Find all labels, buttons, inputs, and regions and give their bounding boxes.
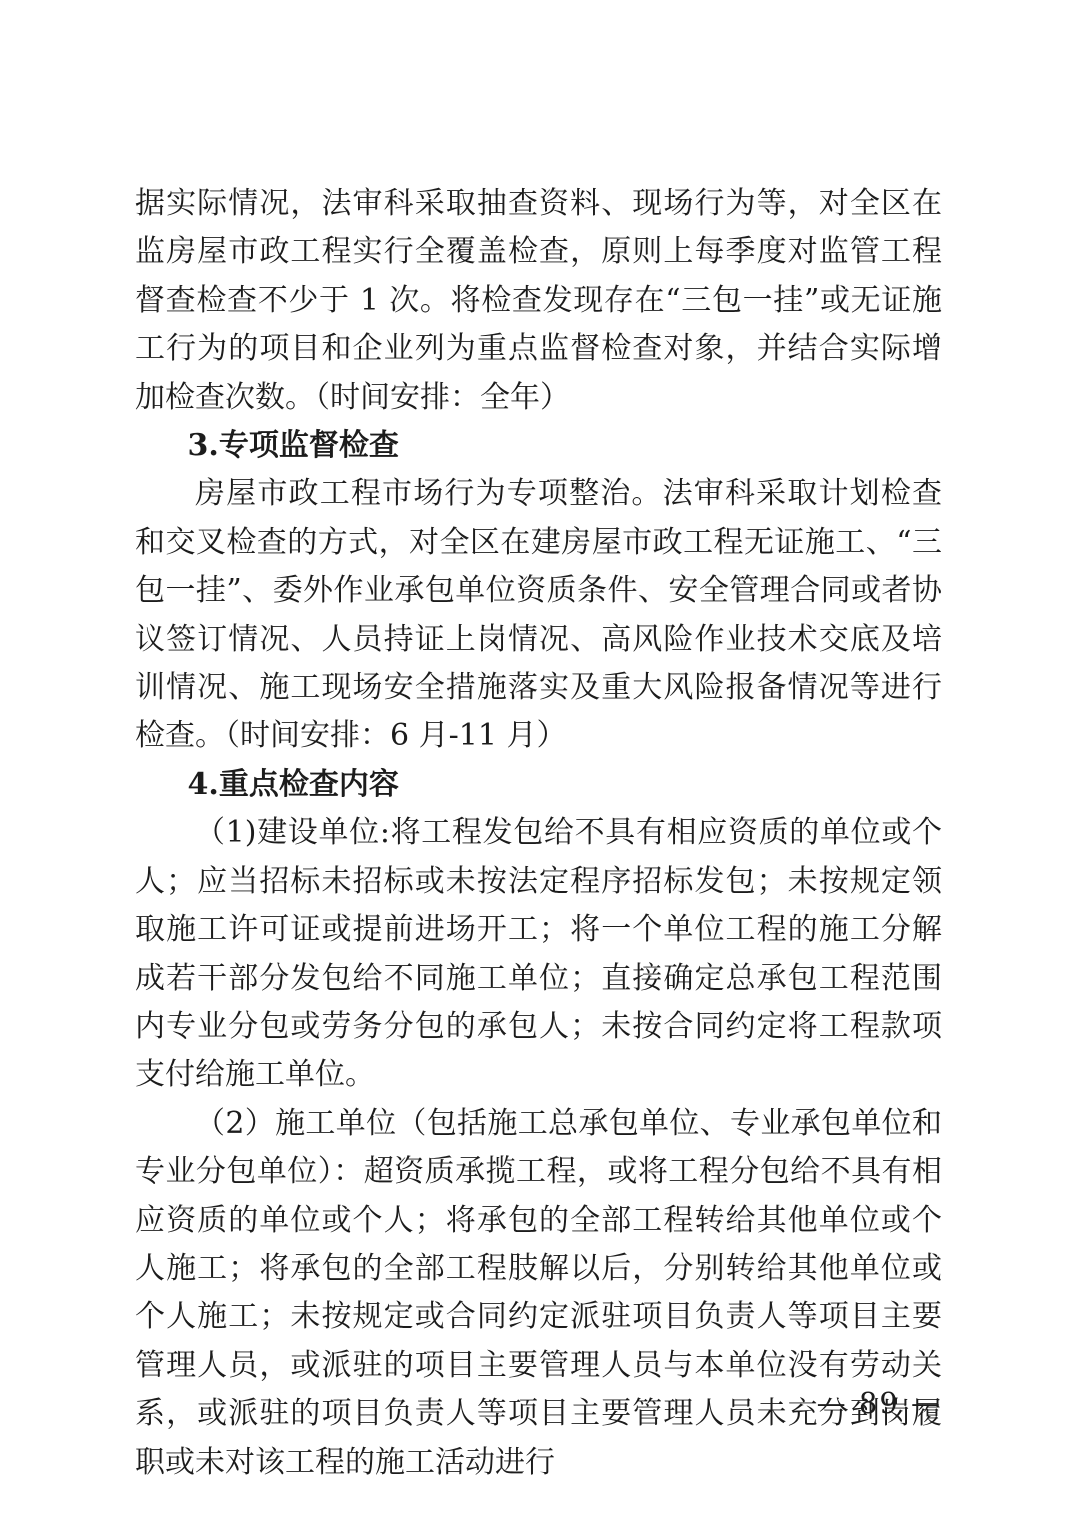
- document-body: 据实际情况，法审科采取抽查资料、现场行为等，对全区在监房屋市政工程实行全覆盖检查…: [135, 180, 942, 1487]
- paragraph-special-inspection: 房屋市政工程市场行为专项整治。法审科采取计划检查和交叉检查的方式，对全区在建房屋…: [135, 470, 942, 760]
- section-heading-3: 3.专项监督检查: [135, 422, 942, 470]
- page-number: — 89 —: [0, 1386, 942, 1420]
- paragraph-item-2-construction-unit: （2）施工单位（包括施工总承包单位、专业承包单位和专业分包单位）：超资质承揽工程…: [135, 1100, 942, 1487]
- paragraph-continuation: 据实际情况，法审科采取抽查资料、现场行为等，对全区在监房屋市政工程实行全覆盖检查…: [135, 180, 942, 422]
- section-heading-4: 4.重点检查内容: [135, 761, 942, 809]
- paragraph-item-1-construction-owner: （1)建设单位:将工程发包给不具有相应资质的单位或个人；应当招标未招标或未按法定…: [135, 809, 942, 1099]
- document-page: 据实际情况，法审科采取抽查资料、现场行为等，对全区在监房屋市政工程实行全覆盖检查…: [0, 0, 1074, 1520]
